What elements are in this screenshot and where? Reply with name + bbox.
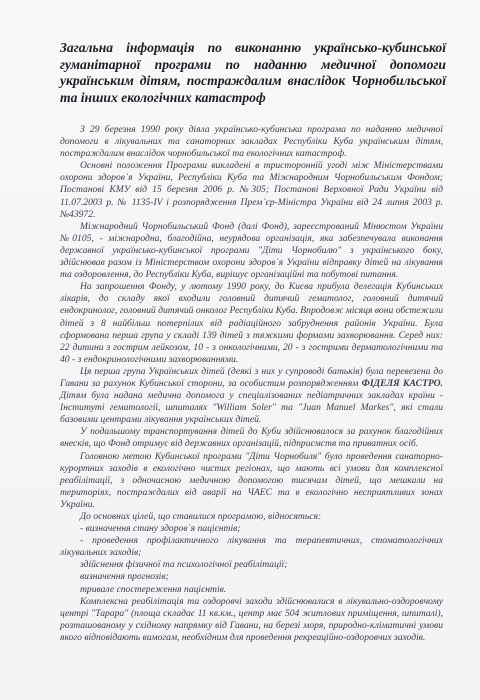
first-group-text-after: Дітям була надана медична допомога у спе… xyxy=(60,390,443,425)
paragraph-legal-basis: Основні положення Програми викладені в т… xyxy=(60,160,443,220)
goal-item: тривале спостереження пацієнтів. xyxy=(60,584,443,596)
paragraph-delegation: На запрошення Фонду, у лютому 1990 року,… xyxy=(60,281,443,366)
document-body: З 29 березня 1990 року діяла українсько-… xyxy=(60,124,443,644)
goal-item: здійснення фізичної та психологічної реа… xyxy=(60,559,443,571)
goal-item: визначення прогнозів; xyxy=(60,571,443,583)
paragraph-goals-intro: До основних цілей, що ставилися програмо… xyxy=(60,511,443,523)
paragraph-fund-description: Міжнародний Чорнобильський Фонд (далі Фо… xyxy=(60,221,443,281)
document-page: Загальна інформація по виконанню українс… xyxy=(0,0,480,700)
paragraph-first-group: Ця перша група Українських дітей (деякі … xyxy=(60,366,443,426)
paragraph-program-start: З 29 березня 1990 року діяла українсько-… xyxy=(60,124,443,160)
paragraph-main-goal: Головною метою Кубинської програми "Діти… xyxy=(60,451,443,511)
fidel-castro-emphasis: ФІДЕЛЯ КАСТРО. xyxy=(362,378,443,389)
paragraph-transport-funding: У подальшому транспортування дітей до Ку… xyxy=(60,426,443,450)
paragraph-tarara-center: Комплексна реабілітація та оздоровчі зах… xyxy=(60,596,443,644)
document-title: Загальна інформація по виконанню українс… xyxy=(60,40,446,106)
goal-item: - проведення профілактичного лікування т… xyxy=(60,535,443,559)
goal-item: - визначення стану здоров`я пацієнтів; xyxy=(60,523,443,535)
